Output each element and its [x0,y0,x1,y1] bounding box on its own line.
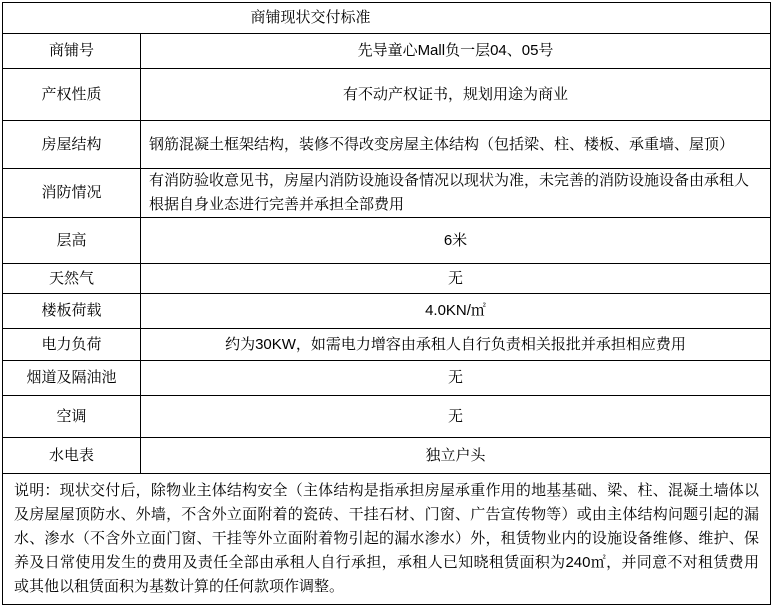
row-value: 无 [141,361,771,396]
row-value: 独立户头 [141,438,771,474]
table-row-building-structure: 房屋结构 钢筋混凝土框架结构，装修不得改变房屋主体结构（包括梁、柱、楼板、承重墙… [3,121,771,169]
table-title: 商铺现状交付标准 [3,3,771,34]
row-value: 4.0KN/㎡ [141,294,771,329]
delivery-standard-table: 商铺现状交付标准 商铺号 先导童心Mall负一层04、05号 产权性质 有不动产… [2,2,771,605]
row-label: 电力负荷 [3,329,141,361]
table-row-power-load: 电力负荷 约为30KW，如需电力增容由承租人自行负责相关报批并承担相应费用 [3,329,771,361]
row-label: 层高 [3,218,141,264]
table-row-fire-safety: 消防情况 有消防验收意见书，房屋内消防设施设备情况以现状为准，未完善的消防设施设… [3,169,771,218]
row-label: 楼板荷载 [3,294,141,329]
row-value: 6米 [141,218,771,264]
table-row-flue-grease-trap: 烟道及隔油池 无 [3,361,771,396]
table-title-row: 商铺现状交付标准 [3,3,771,34]
row-value: 无 [141,396,771,438]
row-label: 烟道及隔油池 [3,361,141,396]
table-note: 说明：现状交付后，除物业主体结构安全（主体结构是指承担房屋承重作用的地基基础、梁… [3,474,771,605]
table-row-air-conditioning: 空调 无 [3,396,771,438]
row-value: 有消防验收意见书，房屋内消防设施设备情况以现状为准，未完善的消防设施设备由承租人… [141,169,771,218]
table-row-shop-number: 商铺号 先导童心Mall负一层04、05号 [3,34,771,69]
table-row-ceiling-height: 层高 6米 [3,218,771,264]
table-row-property-rights: 产权性质 有不动产权证书，规划用途为商业 [3,69,771,121]
row-label: 天然气 [3,264,141,294]
row-label: 空调 [3,396,141,438]
row-label: 商铺号 [3,34,141,69]
row-value: 无 [141,264,771,294]
document-page: 商铺现状交付标准 商铺号 先导童心Mall负一层04、05号 产权性质 有不动产… [0,0,773,588]
row-label: 房屋结构 [3,121,141,169]
table-note-row: 说明：现状交付后，除物业主体结构安全（主体结构是指承担房屋承重作用的地基基础、梁… [3,474,771,605]
row-value: 先导童心Mall负一层04、05号 [141,34,771,69]
table-row-floor-load: 楼板荷载 4.0KN/㎡ [3,294,771,329]
table-row-natural-gas: 天然气 无 [3,264,771,294]
row-label: 水电表 [3,438,141,474]
row-label: 消防情况 [3,169,141,218]
row-value: 有不动产权证书，规划用途为商业 [141,69,771,121]
row-value: 钢筋混凝土框架结构，装修不得改变房屋主体结构（包括梁、柱、楼板、承重墙、屋顶） [141,121,771,169]
table-row-utility-meters: 水电表 独立户头 [3,438,771,474]
row-label: 产权性质 [3,69,141,121]
row-value: 约为30KW，如需电力增容由承租人自行负责相关报批并承担相应费用 [141,329,771,361]
